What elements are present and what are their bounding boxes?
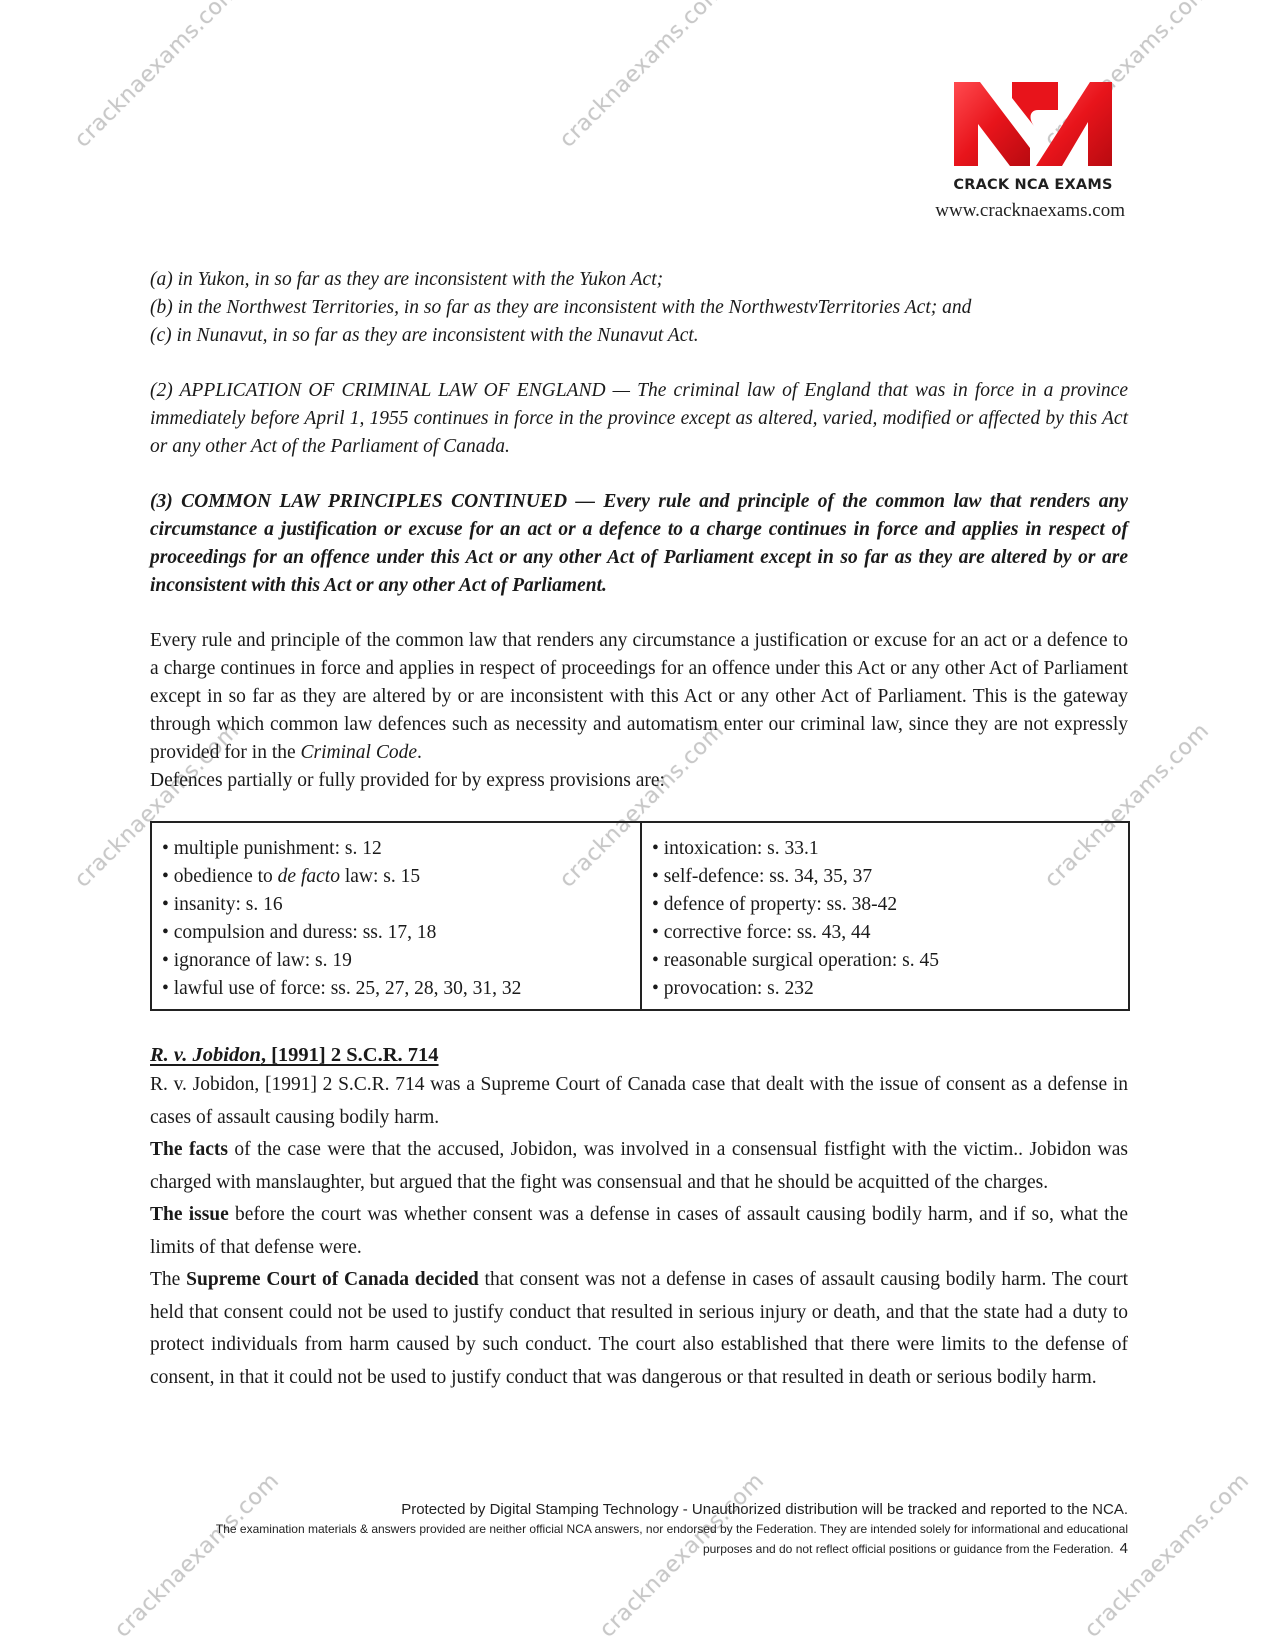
page-footer: Protected by Digital Stamping Technology… [128,1500,1128,1559]
explanation-paragraph: Every rule and principle of the common l… [150,627,1128,767]
decision-label: Supreme Court of Canada decided [186,1269,479,1290]
case-heading: R. v. Jobidon, [1991] 2 S.C.R. 714 [150,1041,1128,1069]
case-citation: , [1991] 2 S.C.R. 714 [261,1044,439,1066]
section1-line: (b) in the Northwest Territories, in so … [150,294,1128,322]
defence-item: • lawful use of force: ss. 25, 27, 28, 3… [162,975,630,1003]
defence-item: • intoxication: s. 33.1 [652,835,1118,863]
defences-left-column: • multiple punishment: s. 12 • obedience… [151,822,641,1010]
facts-label: The facts [150,1139,228,1160]
issue-label: The issue [150,1204,229,1225]
explanation-text: Every rule and principle of the common l… [150,630,1128,763]
section-application-criminal-law: (2) APPLICATION OF CRIMINAL LAW OF ENGLA… [150,377,1128,461]
defence-item: • compulsion and duress: ss. 17, 18 [162,919,630,947]
site-url[interactable]: www.cracknaexams.com [935,200,1125,222]
explanation-end: . [417,742,422,763]
case-decision: The Supreme Court of Canada decided that… [150,1264,1128,1394]
brand-logo: CRACK NCA EXAMS [948,78,1118,193]
case-name: R. v. Jobidon [150,1044,261,1066]
defence-item: • obedience to de facto law: s. 15 [162,863,630,891]
defence-item: • defence of property: ss. 38-42 [652,891,1118,919]
defence-item: • reasonable surgical operation: s. 45 [652,947,1118,975]
defences-table: • multiple punishment: s. 12 • obedience… [150,821,1130,1011]
section-common-law-principles: (3) COMMON LAW PRINCIPLES CONTINUED — Ev… [150,488,1128,600]
watermark: cracknaexams.com [70,0,244,153]
section1-line: (a) in Yukon, in so far as they are inco… [150,266,1128,294]
criminal-code-ref: Criminal Code [301,742,417,763]
footer-disclaimer-cont: purposes and do not reflect official pos… [128,1539,1128,1559]
footer-disclaimer: The examination materials & answers prov… [128,1520,1128,1539]
nca-logo-icon [950,78,1116,170]
page-number: 4 [1120,1540,1128,1557]
defence-item: • self-defence: ss. 34, 35, 37 [652,863,1118,891]
defence-item: • multiple punishment: s. 12 [162,835,630,863]
defence-item: • ignorance of law: s. 19 [162,947,630,975]
watermark: cracknaexams.com [555,0,729,153]
defence-item: • corrective force: ss. 43, 44 [652,919,1118,947]
defences-intro: Defences partially or fully provided for… [150,767,1128,795]
logo-text: CRACK NCA EXAMS [948,177,1118,193]
defence-item: • provocation: s. 232 [652,975,1118,1003]
document-body: (a) in Yukon, in so far as they are inco… [150,266,1128,1394]
footer-protection-notice: Protected by Digital Stamping Technology… [128,1500,1128,1520]
case-intro: R. v. Jobidon, [1991] 2 S.C.R. 714 was a… [150,1069,1128,1134]
case-issue: The issue before the court was whether c… [150,1199,1128,1264]
defences-right-column: • intoxication: s. 33.1 • self-defence: … [641,822,1129,1010]
defence-item: • insanity: s. 16 [162,891,630,919]
case-facts: The facts of the case were that the accu… [150,1134,1128,1199]
section1-line: (c) in Nunavut, in so far as they are in… [150,322,1128,350]
